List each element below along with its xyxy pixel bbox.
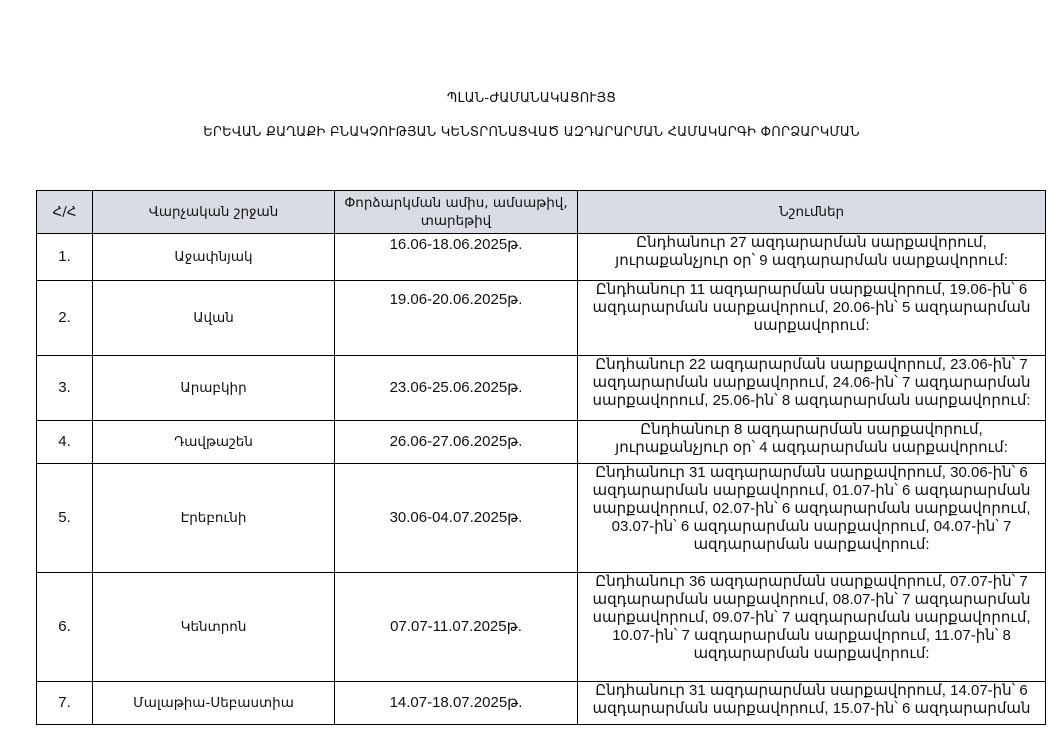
row-date: 07.07-11.07.2025թ. [335,573,578,682]
row-date: 16.06-18.06.2025թ. [335,234,578,281]
row-number: 4. [37,421,93,464]
row-district: Կենտրոն [93,573,335,682]
row-number: 7. [37,682,93,725]
row-date: 14.07-18.07.2025թ. [335,682,578,725]
schedule-table: Հ/Հ Վարչական շրջան Փորձարկման ամիս, ամսա… [36,190,1046,725]
row-notes: Ընդհանուր 11 ազդարարման սարքավորում, 19.… [578,281,1046,356]
row-notes: Ընդհանուր 31 ազդարարման սարքավորում, 14.… [578,682,1046,725]
header-district: Վարչական շրջան [93,191,335,234]
table-row: 5. Էրեբունի 30.06-04.07.2025թ. Ընդհանուր… [37,464,1046,573]
document-title: ՊԼԱՆ-ԺԱՄԱՆԱԿԱՑՈՒՅՑ [0,91,1063,106]
row-notes-text: Ընդհանուր 31 ազդարարման սարքավորում, 30.… [582,464,1041,554]
row-date: 19.06-20.06.2025թ. [335,281,578,356]
row-notes-text: Ընդհանուր 36 ազդարարման սարքավորում, 07.… [582,573,1041,663]
row-number: 3. [37,356,93,421]
row-date: 30.06-04.07.2025թ. [335,464,578,573]
row-district: Դավթաշեն [93,421,335,464]
table-row: 2. Ավան 19.06-20.06.2025թ. Ընդհանուր 11 … [37,281,1046,356]
row-district: Էրեբունի [93,464,335,573]
row-number: 1. [37,234,93,281]
row-date: 23.06-25.06.2025թ. [335,356,578,421]
header-date: Փորձարկման ամիս, ամսաթիվ, տարեթիվ [335,191,578,234]
row-notes: Ընդհանուր 22 ազդարարման սարքավորում, 23.… [578,356,1046,421]
header-number: Հ/Հ [37,191,93,234]
table-row: 3. Արաբկիր 23.06-25.06.2025թ. Ընդհանուր … [37,356,1046,421]
table-row: 1. Աջափնյակ 16.06-18.06.2025թ. Ընդհանուր… [37,234,1046,281]
row-notes-text: Ընդհանուր 27 ազդարարման սարքավորում, յու… [582,234,1041,270]
row-notes: Ընդհանուր 31 ազդարարման սարքավորում, 30.… [578,464,1046,573]
row-notes-text: Ընդհանուր 22 ազդարարման սարքավորում, 23.… [582,356,1041,410]
row-notes: Ընդհանուր 36 ազդարարման սարքավորում, 07.… [578,573,1046,682]
row-number: 2. [37,281,93,356]
table-header-row: Հ/Հ Վարչական շրջան Փորձարկման ամիս, ամսա… [37,191,1046,234]
row-district: Ավան [93,281,335,356]
row-notes: Ընդհանուր 8 ազդարարման սարքավորում, յուր… [578,421,1046,464]
document-subtitle: ԵՐԵՎԱՆ ՔԱՂԱՔԻ ԲՆԱԿՉՈՒԹՅԱՆ ԿԵՆՏՐՈՆԱՑՎԱԾ Ա… [0,125,1063,140]
row-notes-text: Ընդհանուր 11 ազդարարման սարքավորում, 19.… [582,281,1041,335]
table-row: 6. Կենտրոն 07.07-11.07.2025թ. Ընդհանուր … [37,573,1046,682]
table-row: 7. Մալաթիա-Սեբաստիա 14.07-18.07.2025թ. Ը… [37,682,1046,725]
row-number: 6. [37,573,93,682]
table-row: 4. Դավթաշեն 26.06-27.06.2025թ. Ընդհանուր… [37,421,1046,464]
row-date: 26.06-27.06.2025թ. [335,421,578,464]
row-district: Աջափնյակ [93,234,335,281]
row-district: Արաբկիր [93,356,335,421]
header-notes: Նշումներ [578,191,1046,234]
row-notes-text: Ընդհանուր 8 ազդարարման սարքավորում, յուր… [582,421,1041,457]
row-district: Մալաթիա-Սեբաստիա [93,682,335,725]
row-notes-text: Ընդհանուր 31 ազդարարման սարքավորում, 14.… [582,682,1041,718]
row-notes: Ընդհանուր 27 ազդարարման սարքավորում, յու… [578,234,1046,281]
row-number: 5. [37,464,93,573]
